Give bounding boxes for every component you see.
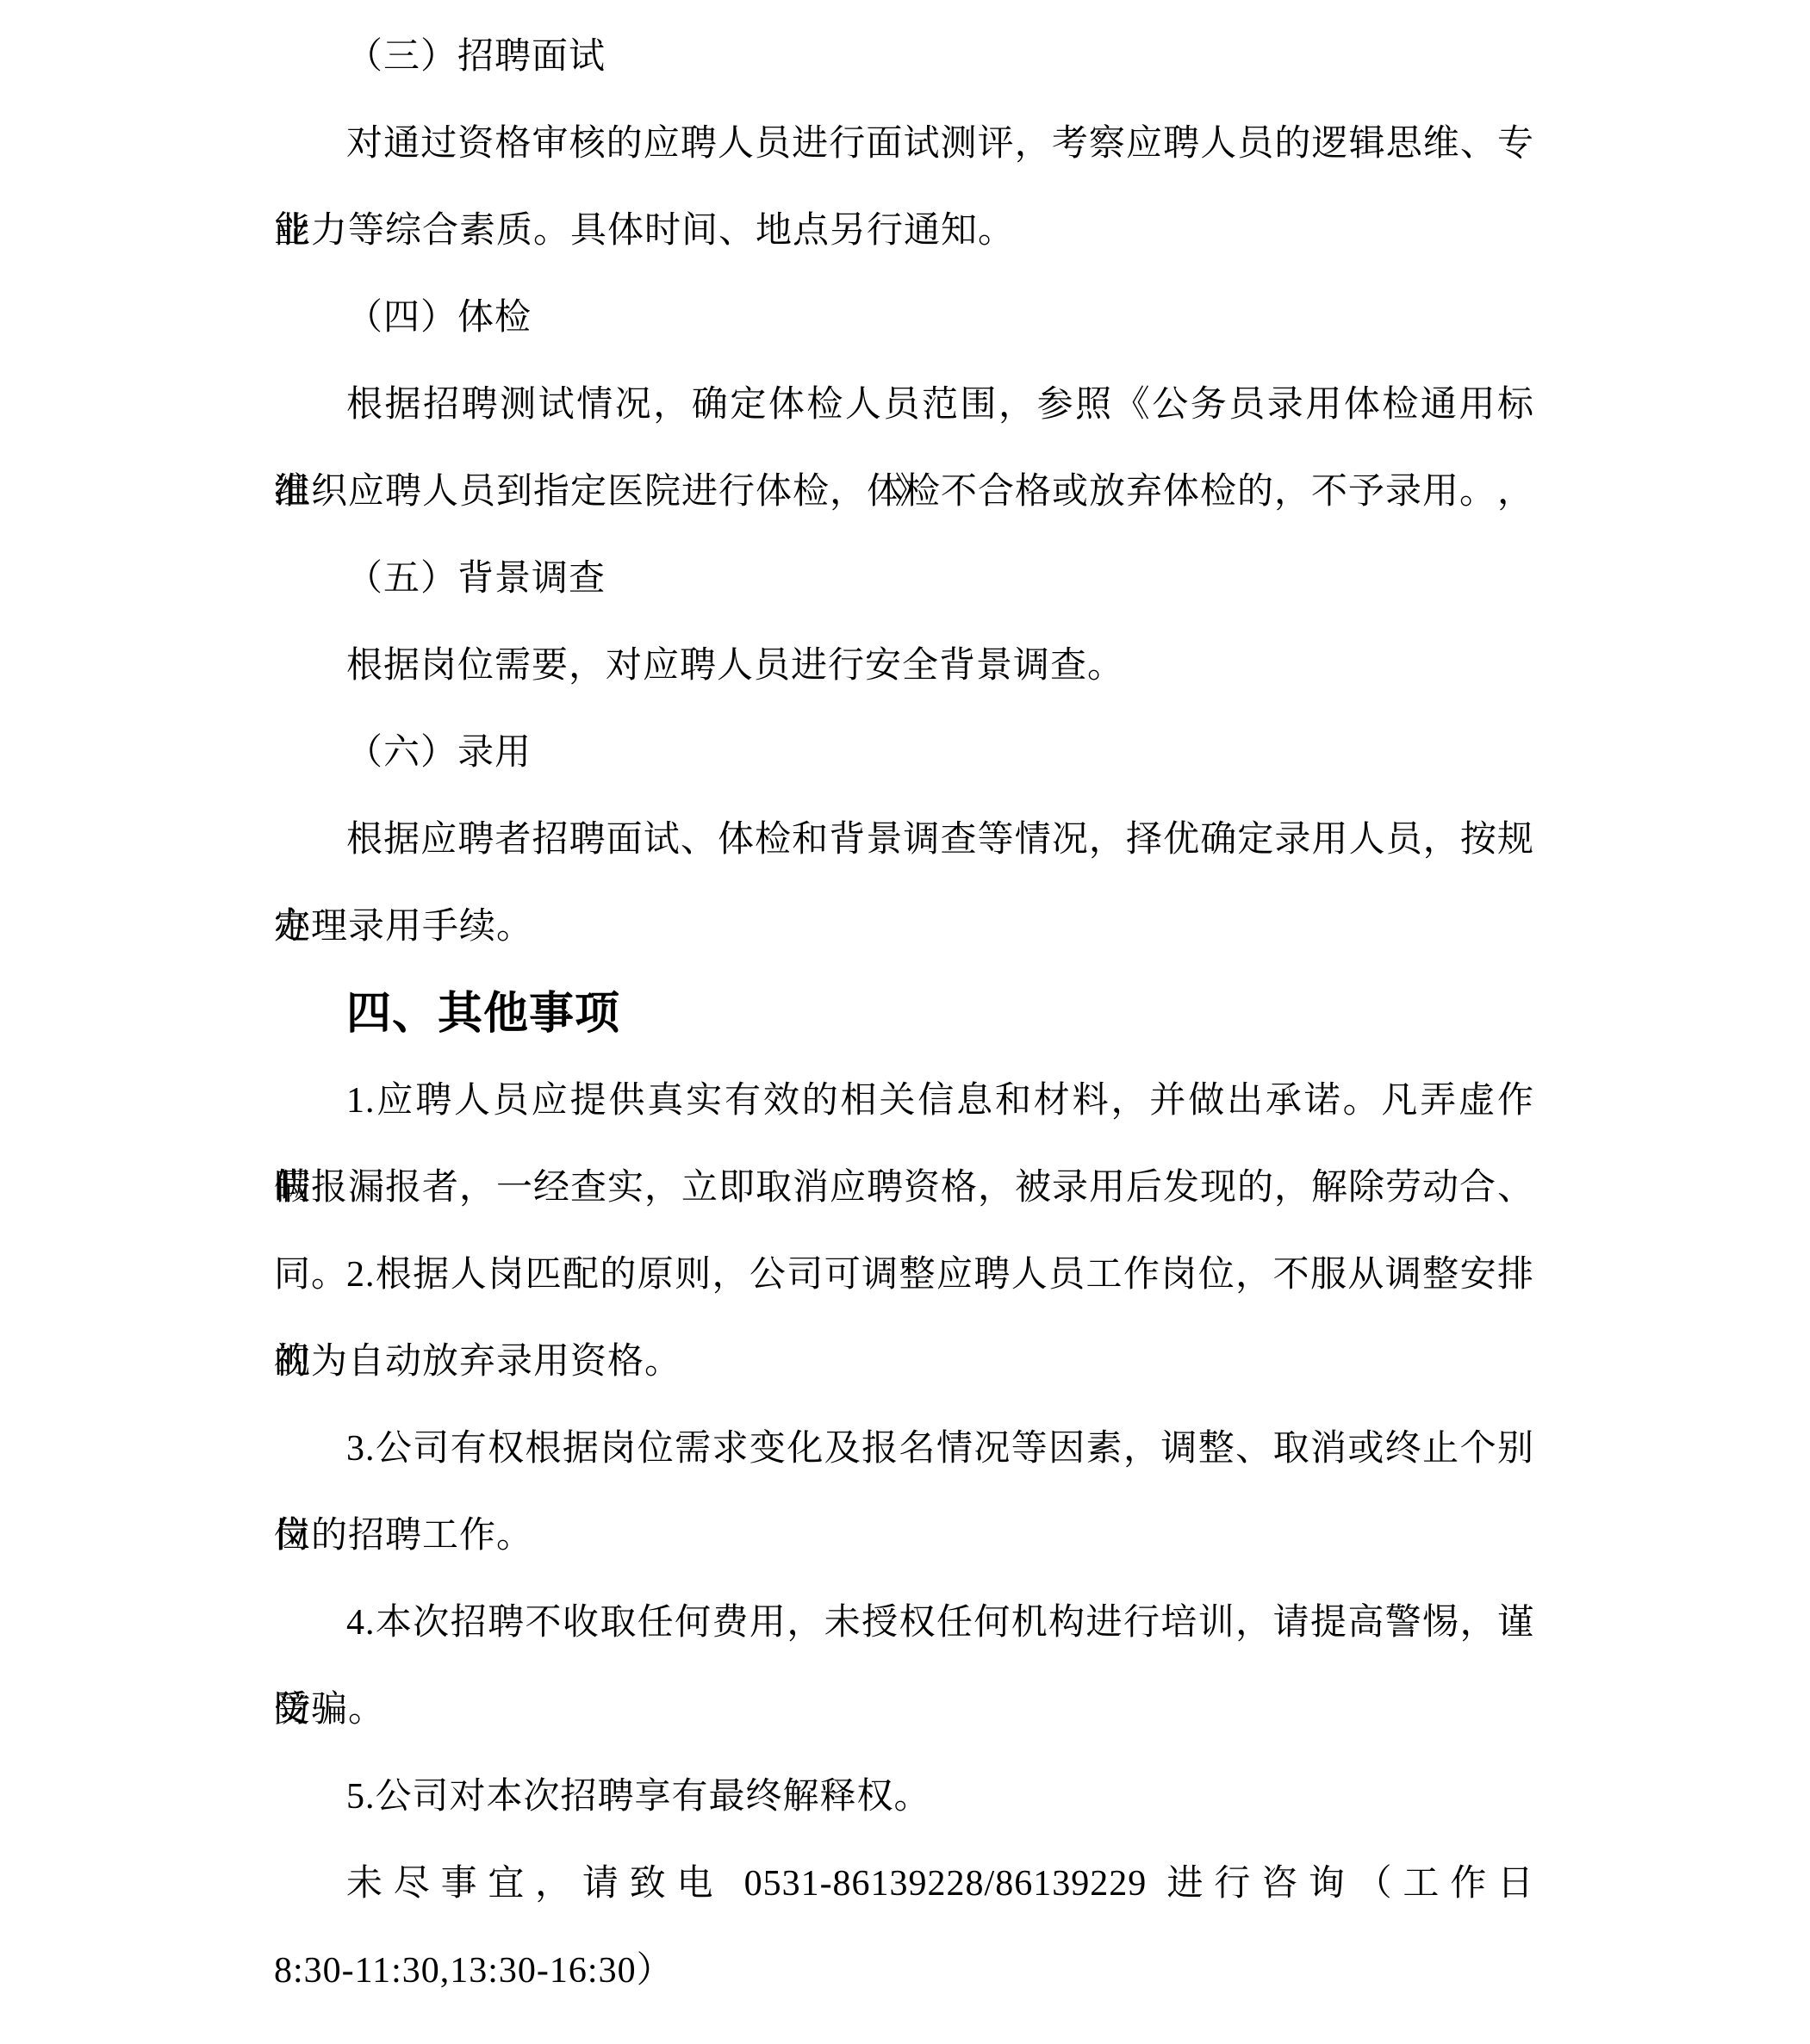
paragraph-line: 视为自动放弃录用资格。	[274, 1319, 1534, 1406]
paragraph-line: 根据岗位需要，对应聘人员进行安全背景调查。	[274, 623, 1534, 710]
paragraph-line: 4.本次招聘不收取任何费用，未授权任何机构进行培训，请提高警惕，谨防	[274, 1580, 1534, 1667]
line-text: （三）招聘面试	[346, 37, 606, 77]
paragraph-line: 位的招聘工作。	[274, 1493, 1534, 1580]
subsection-heading: （六）录用	[274, 710, 1534, 797]
document-body: （三）招聘面试对通过资格审核的应聘人员进行面试测评，考察应聘人员的逻辑思维、专业…	[274, 14, 1534, 2015]
line-text: 受骗。	[274, 1690, 385, 1730]
line-text: 办理录用手续。	[274, 907, 533, 947]
paragraph-line: 未尽事宜，请致电 0531-86139228/86139229 进行咨询（工作日	[274, 1841, 1534, 1928]
paragraph-line: 5.公司对本次招聘享有最终解释权。	[274, 1754, 1534, 1841]
line-text: （四）体检	[346, 298, 532, 338]
line-text: 位的招聘工作。	[274, 1516, 533, 1556]
subsection-heading: （五）背景调查	[274, 536, 1534, 623]
line-text: 8:30-11:30,13:30-16:30）	[274, 1951, 674, 1991]
paragraph-line: 根据招聘测试情况，确定体检人员范围，参照《公务员录用体检通用标准》，	[274, 362, 1534, 449]
line-text: 根据岗位需要，对应聘人员进行安全背景调查。	[346, 646, 1124, 686]
paragraph-line: 8:30-11:30,13:30-16:30）	[274, 1928, 1534, 2015]
document-page: （三）招聘面试对通过资格审核的应聘人员进行面试测评，考察应聘人员的逻辑思维、专业…	[0, 0, 1810, 2044]
line-text: （六）录用	[346, 733, 532, 773]
paragraph-line: 根据应聘者招聘面试、体检和背景调查等情况，择优确定录用人员，按规定	[274, 797, 1534, 884]
line-text: 5.公司对本次招聘享有最终解释权。	[346, 1777, 931, 1817]
subsection-heading: （四）体检	[274, 275, 1534, 362]
line-text: 能力等综合素质。具体时间、地点另行通知。	[274, 211, 1015, 251]
line-text: （五）背景调查	[346, 559, 606, 599]
paragraph-line: 受骗。	[274, 1667, 1534, 1754]
line-text: 未尽事宜，请致电 0531-86139228/86139229 进行咨询（工作日	[346, 1864, 1534, 1904]
paragraph-line: 组织应聘人员到指定医院进行体检，体检不合格或放弃体检的，不予录用。	[274, 449, 1534, 536]
paragraph-line: 对通过资格审核的应聘人员进行面试测评，考察应聘人员的逻辑思维、专业	[274, 101, 1534, 188]
paragraph-line: 1.应聘人员应提供真实有效的相关信息和材料，并做出承诺。凡弄虚作假、	[274, 1058, 1534, 1145]
paragraph-line: 瞒报漏报者，一经查实，立即取消应聘资格，被录用后发现的，解除劳动合同。	[274, 1145, 1534, 1232]
line-text: 四、其他事项	[346, 989, 620, 1039]
paragraph-line: 3.公司有权根据岗位需求变化及报名情况等因素，调整、取消或终止个别岗	[274, 1406, 1534, 1493]
line-text: 组织应聘人员到指定医院进行体检，体检不合格或放弃体检的，不予录用。	[274, 472, 1496, 512]
line-text: 视为自动放弃录用资格。	[274, 1342, 681, 1382]
paragraph-line: 2.根据人岗匹配的原则，公司可调整应聘人员工作岗位，不服从调整安排的	[274, 1232, 1534, 1319]
subsection-heading: （三）招聘面试	[274, 14, 1534, 101]
paragraph-line: 办理录用手续。	[274, 884, 1534, 971]
section-heading: 四、其他事项	[274, 971, 1534, 1058]
paragraph-line: 能力等综合素质。具体时间、地点另行通知。	[274, 188, 1534, 275]
